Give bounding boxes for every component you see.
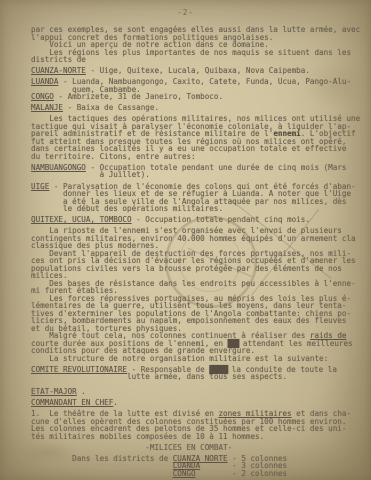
doc-line: à Juillet). (31, 171, 371, 179)
doc-line: du territoire. Citons, entre autres: (31, 153, 371, 161)
text-segment: à Juillet). (31, 170, 150, 179)
text-segment: COMMANDANT EN CHEF (31, 398, 113, 407)
text-segment: CONGO (173, 469, 196, 478)
text-segment: CUANZA-NORTE (31, 66, 86, 75)
doc-line: CUANZA-NORTE - Uige, Quitexe, Lucala, Qu… (31, 67, 371, 75)
text-segment: -MILICES EN COMBAT- (31, 443, 232, 452)
text-segment: CONGO (31, 92, 54, 101)
doc-line: La structure de notre organisation milit… (31, 355, 371, 363)
doc-line: -MILICES EN COMBAT- (31, 444, 371, 452)
text-segment: tés militaires mobiles composées de 10 à… (31, 432, 264, 441)
text-segment: le début des opérations militaires. (31, 204, 223, 213)
doc-line: lutte armée, dans tous ses aspects. (31, 373, 371, 381)
text-segment: . (113, 398, 118, 407)
faint-stamp-ring-inner (179, 230, 241, 292)
page-number: -2- (0, 9, 371, 17)
doc-line: tés militaires mobiles composées de 10 à… (31, 433, 371, 441)
doc-line: districts de (31, 56, 371, 64)
text-segment: . (77, 387, 86, 396)
text-segment: ETAT-MAJOR (31, 387, 77, 396)
text-segment: attendant les meilleures (238, 339, 352, 348)
text-segment: - Baixa de Cassange. (63, 103, 159, 112)
text-segment: ███ (228, 339, 239, 348)
text-segment: lutte armée, dans tous ses aspects. (31, 372, 287, 381)
text-segment: █████ (209, 365, 227, 374)
doc-line: ETAT-MAJOR . (31, 388, 371, 396)
document-page: -2- par ces exemples, se sont engagées e… (0, 0, 371, 480)
doc-line: CONGO - 2 colonnes (31, 470, 371, 478)
text-segment: La structure de notre organisation milit… (31, 354, 328, 363)
text-segment: QUITEXE, UCUA, TOMBOCO (31, 215, 132, 224)
text-segment (31, 469, 173, 478)
text-segment: - 2 colonnes (196, 469, 287, 478)
text-segment: du territoire. Citons, entre autres: (31, 152, 196, 161)
text-segment: MALANJE (31, 103, 63, 112)
doc-line: CONGO - Ambrizete, 31 de Janeiro, Tomboc… (31, 93, 371, 101)
doc-line: le début des opérations militaires. (31, 205, 371, 213)
doc-line: MALANJE - Baixa de Cassange. (31, 104, 371, 112)
text-segment: - Ambrizete, 31 de Janeiro, Tomboco. (54, 92, 223, 101)
text-segment: - Uige, Quitexe, Lucala, Quibaxa, Nova C… (86, 66, 310, 75)
text-segment: districts de (31, 55, 86, 64)
doc-line: COMMANDANT EN CHEF. (31, 399, 371, 407)
